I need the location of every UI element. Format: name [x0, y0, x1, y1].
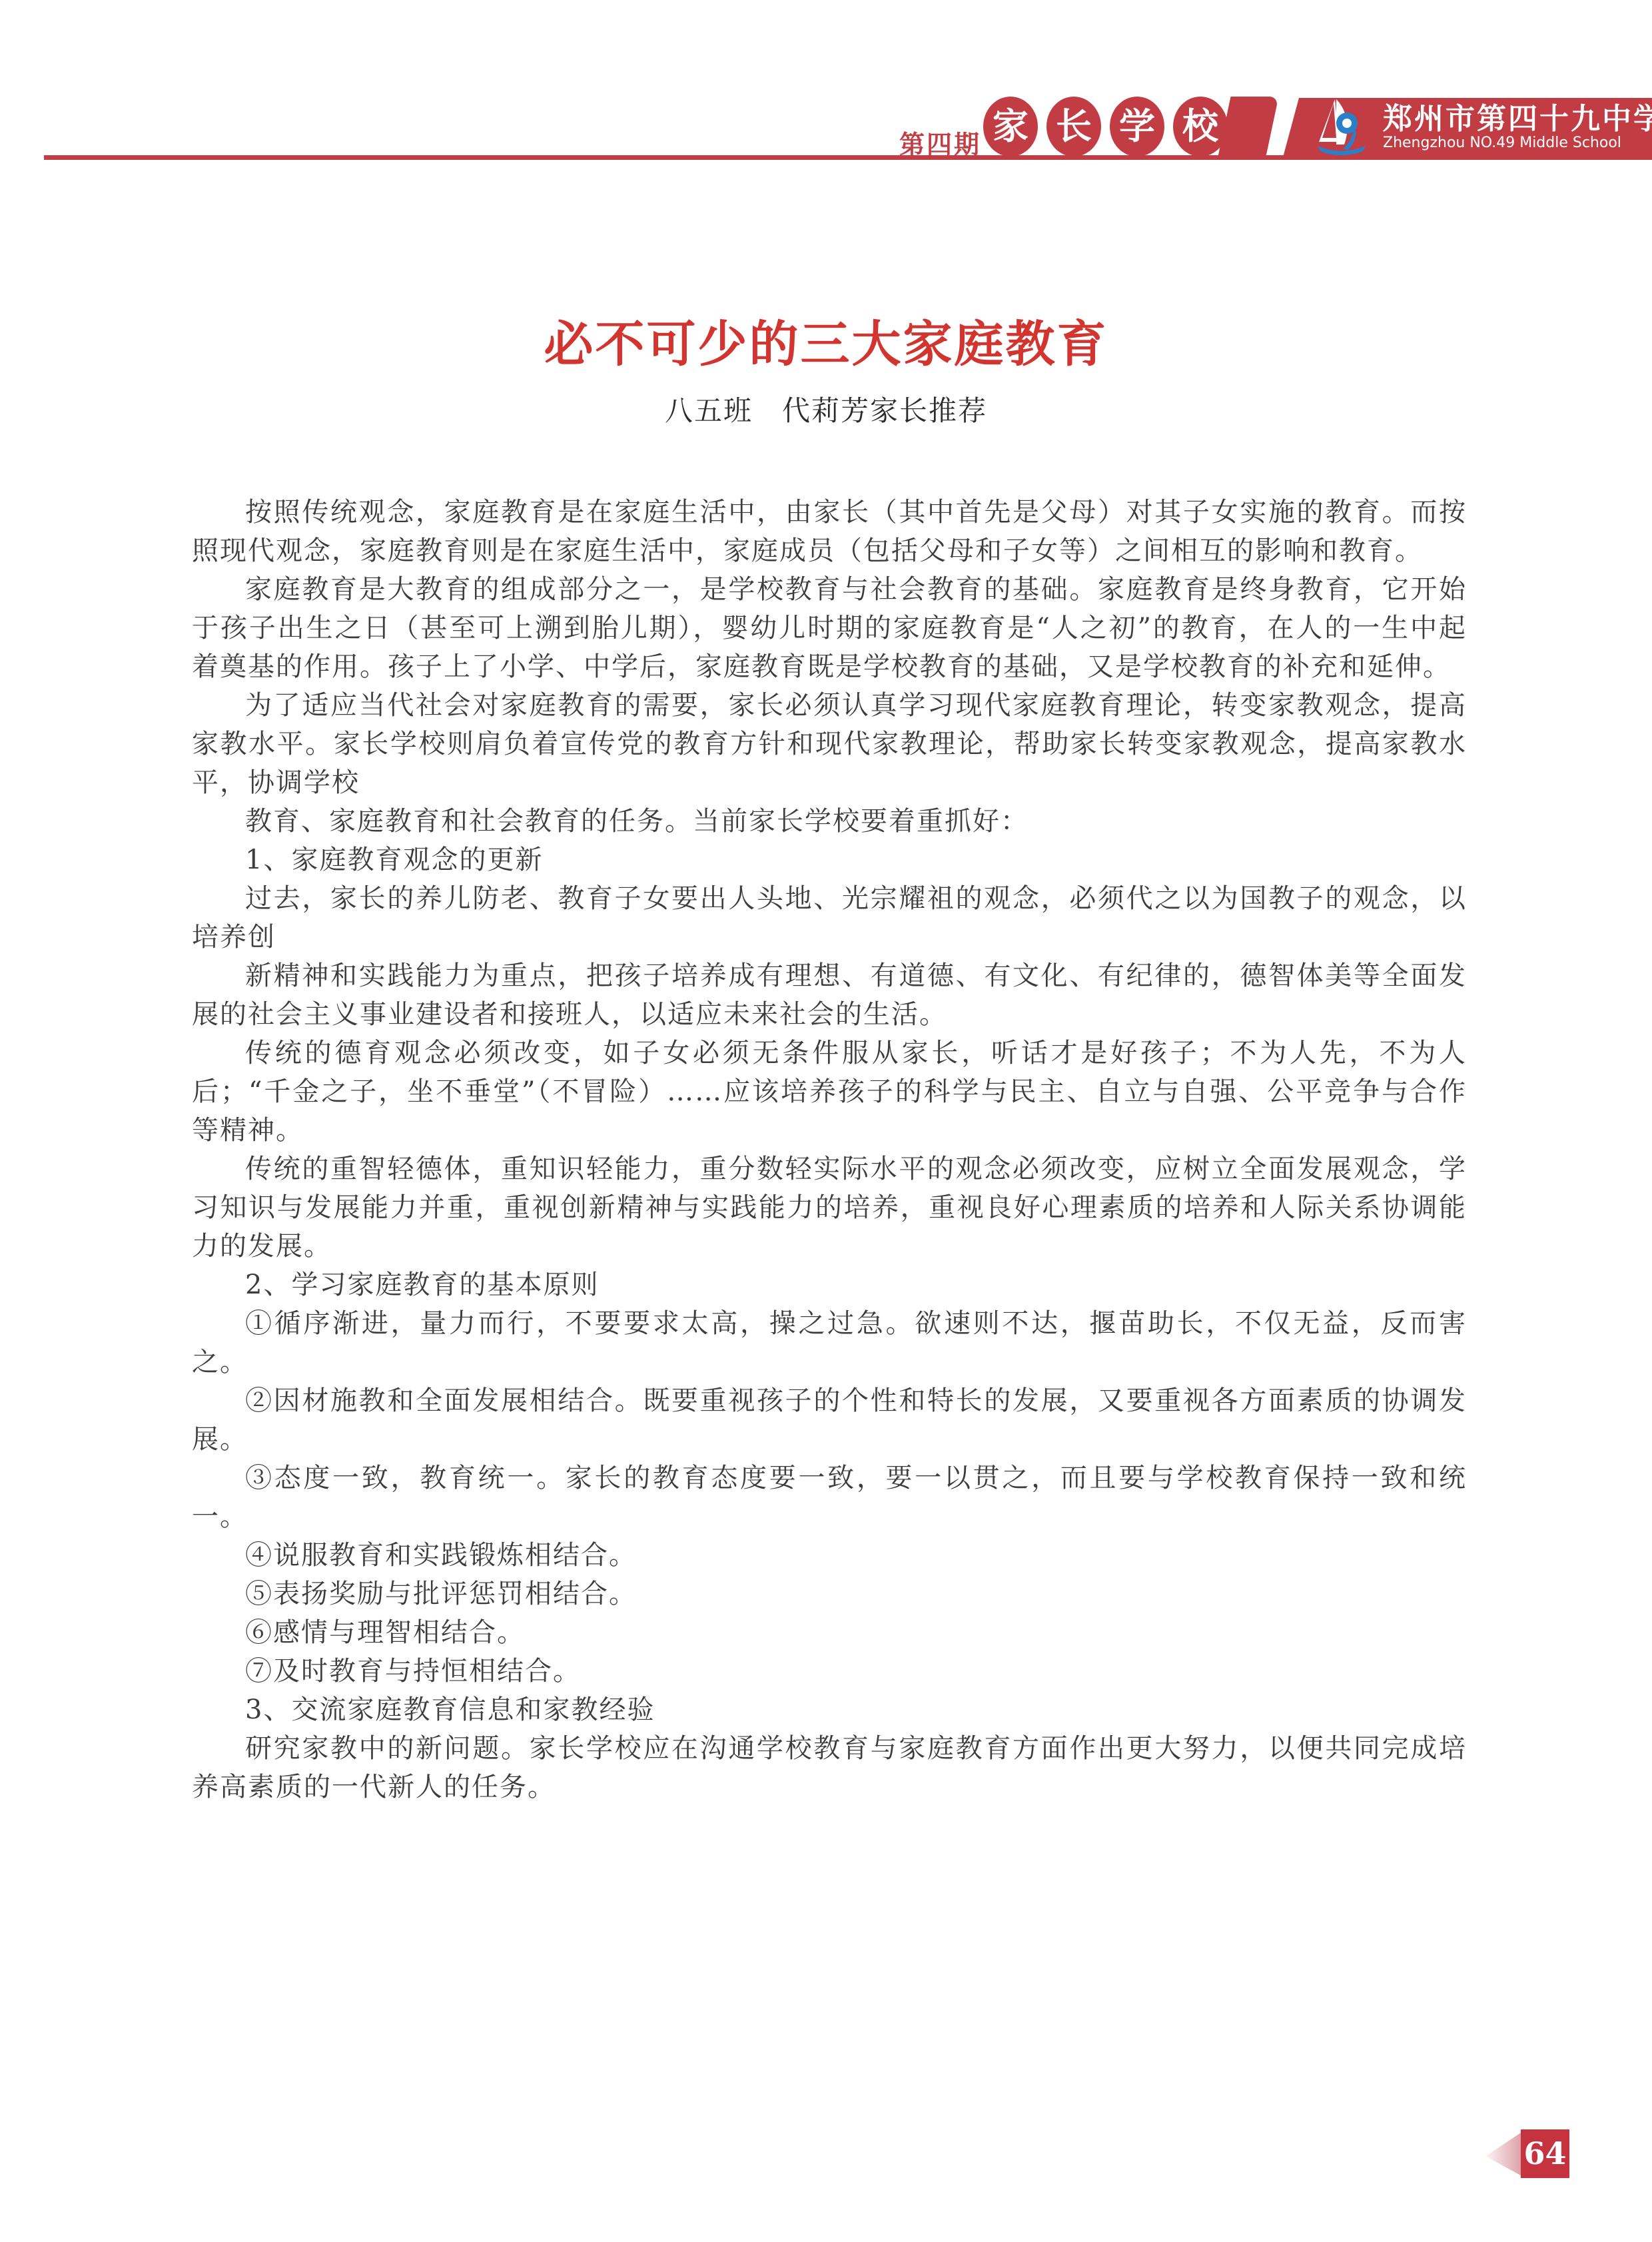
- masthead-badge: 家: [983, 97, 1038, 157]
- article-section-heading: 2、学习家庭教育的基本原则: [192, 1266, 1467, 1304]
- sail-49-logo-icon: [1310, 98, 1374, 158]
- school-banner: 郑州市第四十九中学 Zhengzhou NO.49 Middle School: [1283, 98, 1652, 157]
- article-body: 按照传统观念，家庭教育是在家庭生活中，由家长（其中首先是父母）对其子女实施的教育…: [192, 493, 1467, 1806]
- article-paragraph: 研究家教中的新问题。家长学校应在沟通学校教育与家庭教育方面作出更大努力，以便共同…: [192, 1729, 1467, 1806]
- header-rule: [44, 155, 1652, 160]
- article-list-item: ⑥感情与理智相结合。: [192, 1613, 1467, 1652]
- article-paragraph: 传统的重智轻德体，重知识轻能力，重分数轻实际水平的观念必须改变，应树立全面发展观…: [192, 1150, 1467, 1266]
- masthead-badges: 家 长 学 校: [983, 97, 1228, 157]
- page-number-triangle: [1485, 2133, 1521, 2175]
- article-paragraph: 新精神和实践能力为重点，把孩子培养成有理想、有道德、有文化、有纪律的，德智体美等…: [192, 956, 1467, 1034]
- article-paragraph: 教育、家庭教育和社会教育的任务。当前家长学校要着重抓好：: [192, 802, 1467, 841]
- masthead-badge: 学: [1110, 97, 1164, 157]
- article-paragraph: 家庭教育是大教育的组成部分之一，是学校教育与社会教育的基础。家庭教育是终身教育，…: [192, 570, 1467, 686]
- article-paragraph: 过去，家长的养儿防老、教育子女要出人头地、光宗耀祖的观念，必须代之以为国教子的观…: [192, 879, 1467, 956]
- article-list-item: ④说服教育和实践锻炼相结合。: [192, 1536, 1467, 1575]
- article-list-item: ①循序渐进，量力而行，不要要求太高，操之过急。欲速则不达，揠苗助长，不仅无益，反…: [192, 1304, 1467, 1381]
- school-name-cn: 郑州市第四十九中学: [1383, 104, 1652, 135]
- article-list-item: ③态度一致，教育统一。家长的教育态度要一致，要一以贯之，而且要与学校教育保持一致…: [192, 1459, 1467, 1536]
- article-title: 必不可少的三大家庭教育: [0, 305, 1652, 376]
- article-section-heading: 3、交流家庭教育信息和家教经验: [192, 1690, 1467, 1729]
- article-paragraph: 传统的德育观念必须改变，如子女必须无条件服从家长，听话才是好孩子；不为人先，不为…: [192, 1034, 1467, 1150]
- article-list-item: ⑦及时教育与持恒相结合。: [192, 1652, 1467, 1690]
- masthead-badge: 长: [1046, 97, 1101, 157]
- school-name-block: 郑州市第四十九中学 Zhengzhou NO.49 Middle School: [1383, 104, 1652, 152]
- article-paragraph: 为了适应当代社会对家庭教育的需要，家长必须认真学习现代家庭教育理论，转变家教观念…: [192, 686, 1467, 802]
- article-paragraph: 按照传统观念，家庭教育是在家庭生活中，由家长（其中首先是父母）对其子女实施的教育…: [192, 493, 1467, 570]
- article-byline: 八五班 代莉芳家长推荐: [0, 389, 1652, 429]
- page-number: 64: [1521, 2129, 1569, 2178]
- magazine-page: 第四期 家 长 学 校 郑州市第四十九中学 Zhengzh: [0, 0, 1652, 2242]
- school-name-en: Zhengzhou NO.49 Middle School: [1383, 135, 1652, 152]
- article-list-item: ⑤表扬奖励与批评惩罚相结合。: [192, 1575, 1467, 1613]
- article-section-heading: 1、家庭教育观念的更新: [192, 841, 1467, 879]
- article-list-item: ②因材施教和全面发展相结合。既要重视孩子的个性和特长的发展，又要重视各方面素质的…: [192, 1381, 1467, 1459]
